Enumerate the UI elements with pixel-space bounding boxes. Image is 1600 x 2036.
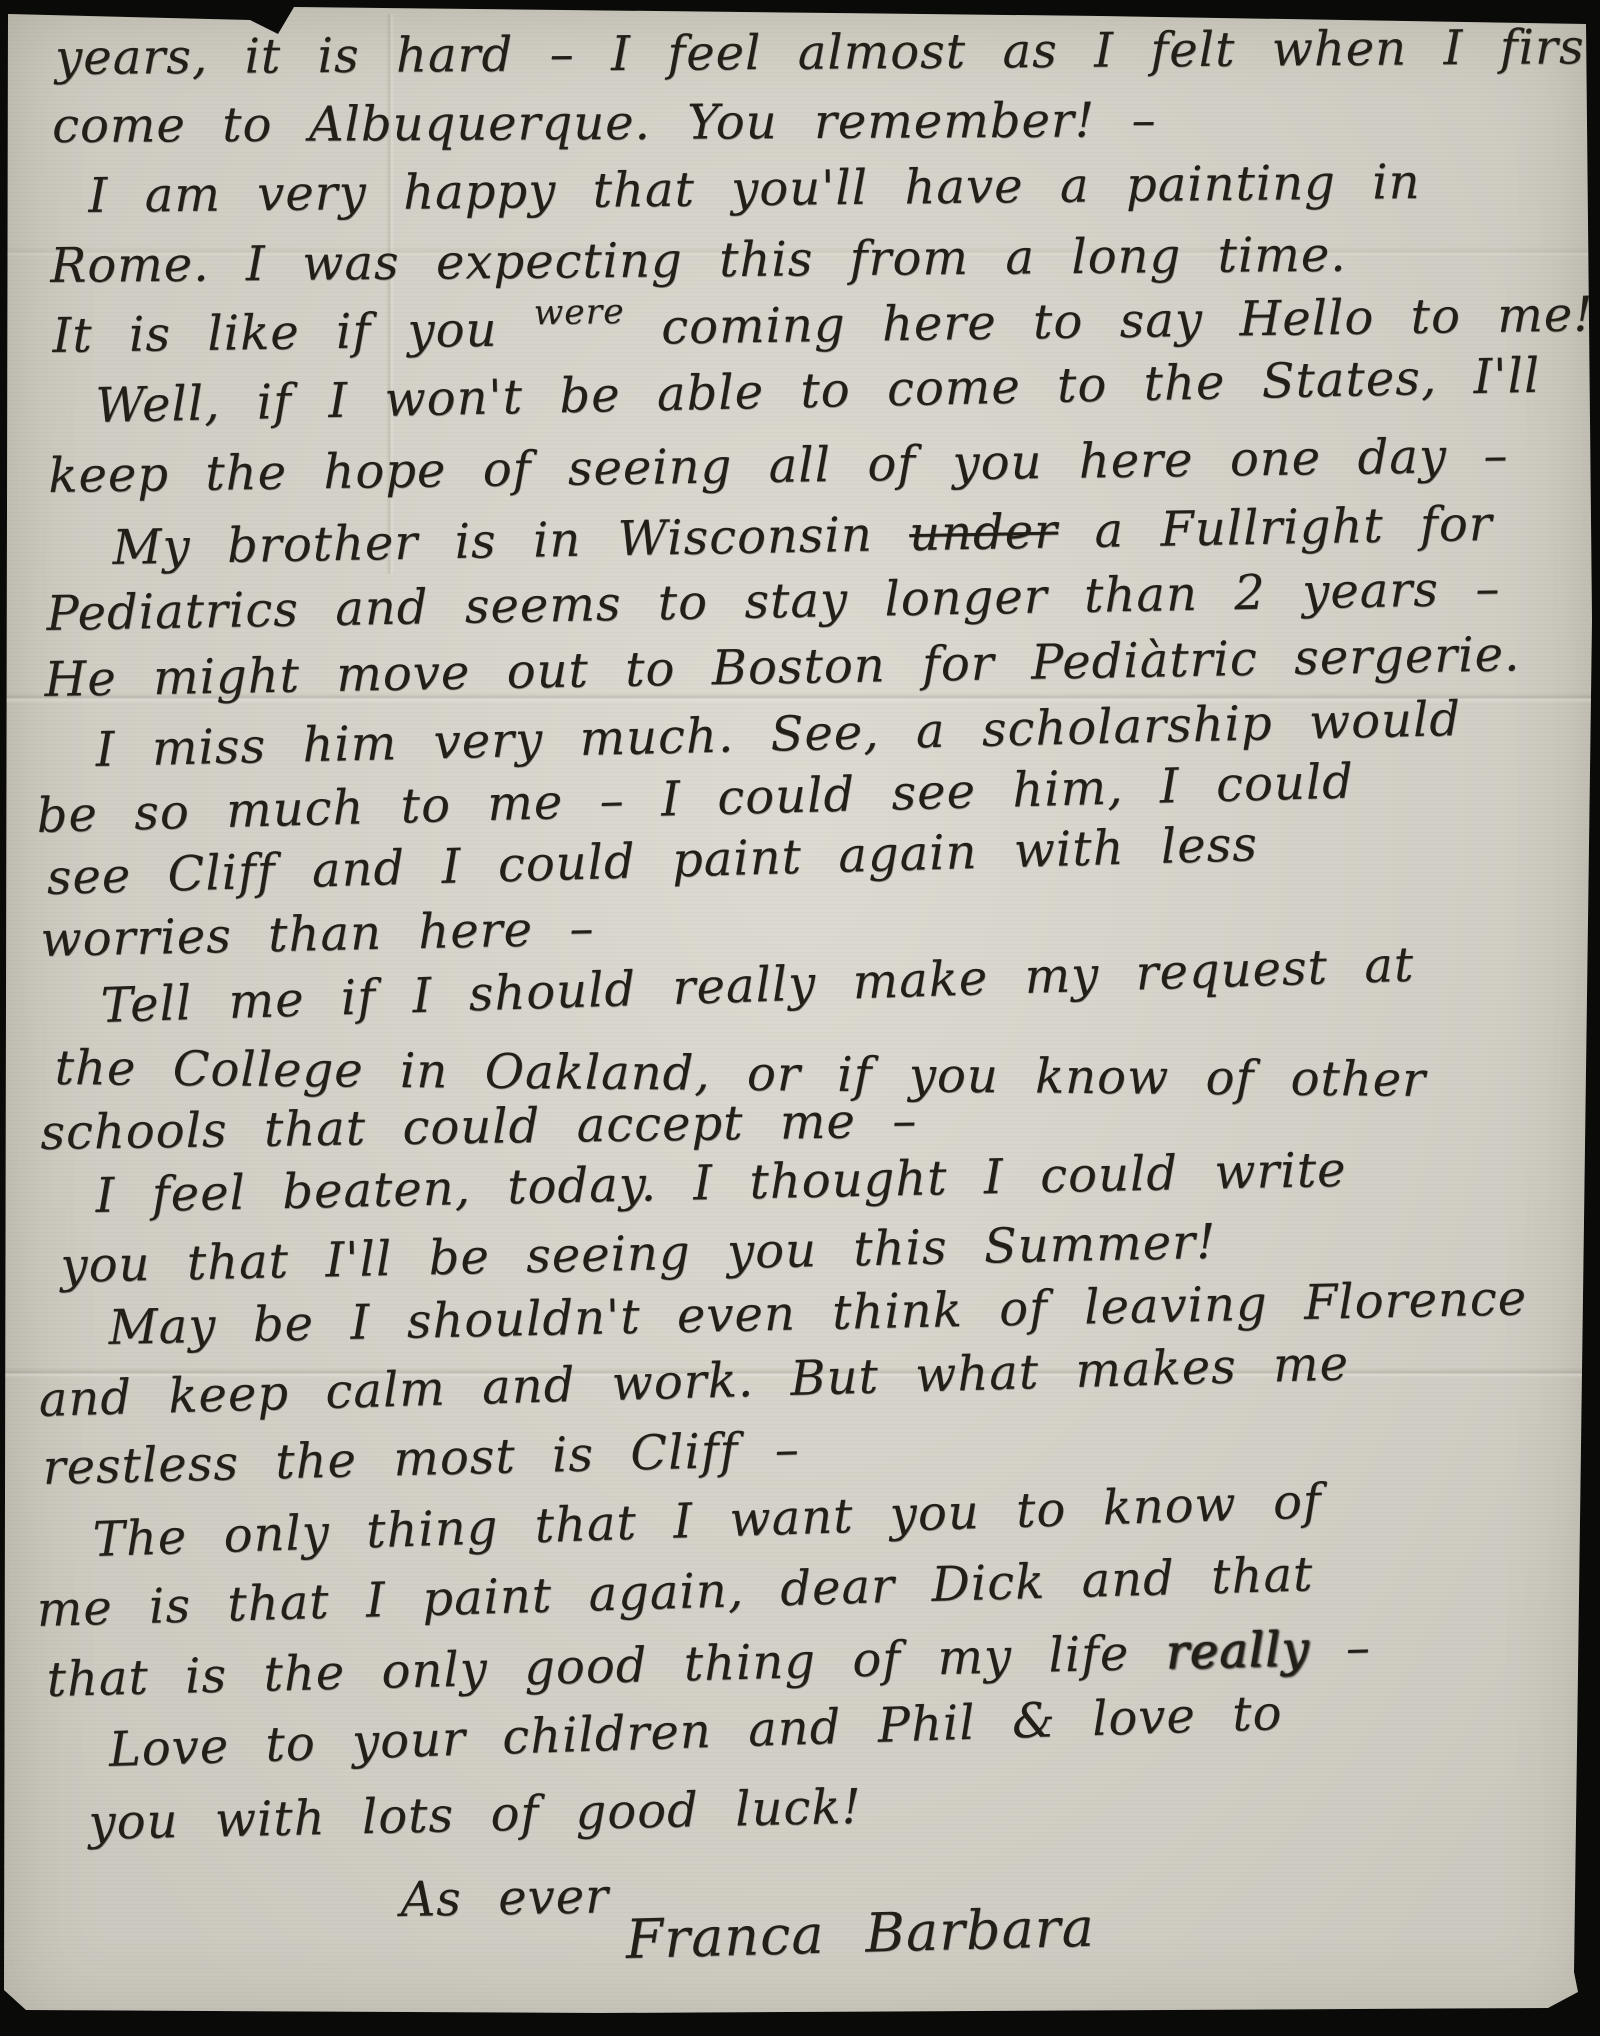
letter-line: I am very happy that you'll have a paint… xyxy=(88,154,1421,224)
letter-line: Well, if I won't be able to come to the … xyxy=(95,348,1541,434)
letter-line: restless the most is Cliff – xyxy=(42,1421,800,1495)
letter-line: years, it is hard – I feel almost as I f… xyxy=(55,19,1600,86)
letter-word: a Fullright for xyxy=(1058,496,1494,560)
letter-word: – xyxy=(1309,1620,1372,1677)
letter-line: Rome. I was expecting this from a long t… xyxy=(50,227,1347,294)
letter-word: coming here to say Hello to me! – xyxy=(625,286,1600,356)
inserted-word-were: were xyxy=(533,292,625,333)
letter-line: come to Albuquerque. You remember! – xyxy=(52,92,1157,154)
letter-word: My brother is in Wisconsin xyxy=(112,506,910,576)
letter-line: keep the hope of seeing all of you here … xyxy=(48,428,1509,504)
letter-line: you with lots of good luck! xyxy=(88,1779,862,1851)
letter-line: worries than here – xyxy=(40,900,595,968)
sign-off: As ever xyxy=(400,1868,610,1928)
letter-word: It is like if you xyxy=(52,301,534,364)
blotted-word-really: really xyxy=(1165,1621,1310,1680)
letter-paper: years, it is hard – I feel almost as I f… xyxy=(0,0,1600,2036)
letter-scan: years, it is hard – I feel almost as I f… xyxy=(0,0,1600,2036)
struck-word-under: under xyxy=(909,503,1059,562)
letter-line: schools that could accept me – xyxy=(40,1093,918,1161)
signature-name: Franca Barbara xyxy=(625,1896,1095,1971)
